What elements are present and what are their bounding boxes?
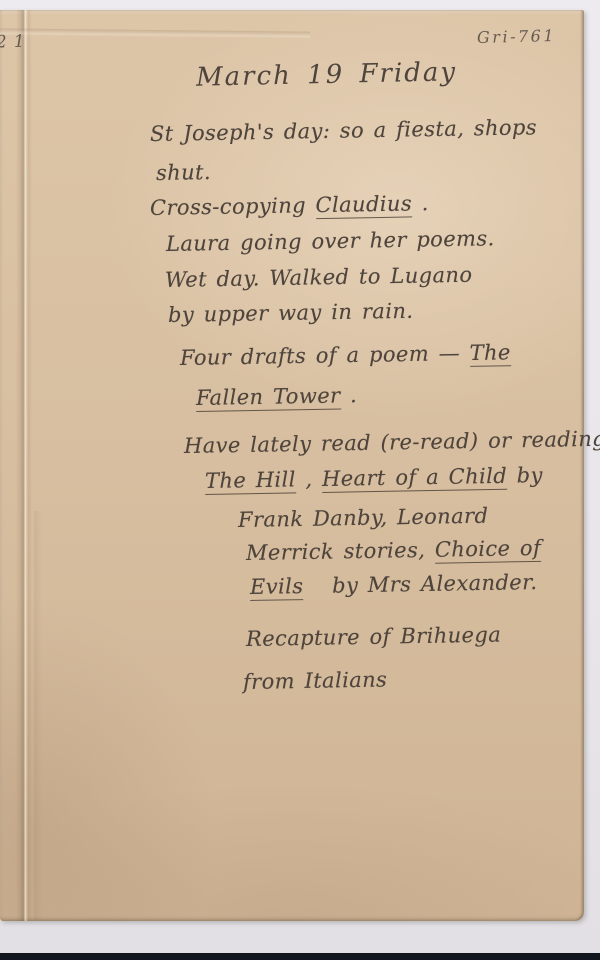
- diary-line: Merrick stories, Choice of: [246, 536, 542, 565]
- top-fold-mark: [0, 28, 310, 38]
- handwritten-text: Merrick stories,: [246, 538, 435, 565]
- diary-line: Recapture of Brihuega: [246, 623, 502, 652]
- handwritten-text: Wet day. Walked to Lugano: [165, 263, 473, 292]
- handwritten-text: St Joseph's day: so a fiesta, shops: [150, 115, 537, 146]
- underlined-title-text: Claudius: [315, 191, 412, 219]
- diary-page-paper: 21 Gri-761 March 19 Friday St Joseph's d…: [0, 10, 584, 921]
- handwritten-text: by: [507, 463, 543, 488]
- page-number-annotation: 21: [0, 31, 32, 52]
- underlined-title-text: Fallen Tower: [196, 383, 341, 412]
- diary-line: from Italians: [243, 667, 388, 694]
- diary-line: Laura going over her poems.: [166, 226, 495, 256]
- handwritten-text: .: [412, 191, 429, 215]
- diary-line: Wet day. Walked to Lugano: [165, 263, 473, 293]
- underlined-title-text: Heart of a Child: [322, 464, 508, 493]
- diary-line: Fallen Tower .: [196, 383, 358, 410]
- scan-edge-strip: [0, 953, 600, 960]
- handwritten-text: ,: [296, 467, 323, 491]
- handwritten-text: Four drafts of a poem —: [180, 341, 470, 370]
- diary-line: Cross-copying Claudius .: [150, 191, 429, 220]
- underlined-title-text: Evils: [250, 574, 304, 601]
- diary-line: Have lately read (re-read) or reading: [184, 427, 600, 459]
- handwritten-text: .: [340, 383, 357, 407]
- handwritten-text: Have lately read (re-read) or reading: [184, 427, 600, 458]
- handwritten-text: Cross-copying: [150, 193, 316, 220]
- handwritten-text: Laura going over her poems.: [166, 226, 495, 256]
- underlined-title-text: Choice of: [435, 536, 542, 564]
- underlined-title-text: The Hill: [205, 467, 296, 495]
- diary-line: shut.: [156, 160, 211, 185]
- diary-line: Evils by Mrs Alexander.: [250, 570, 538, 599]
- diary-date-heading: March 19 Friday: [196, 57, 458, 92]
- diary-line: Four drafts of a poem — The: [180, 340, 511, 370]
- handwritten-text: by upper way in rain.: [168, 299, 414, 327]
- diary-line: The Hill , Heart of a Child by: [205, 463, 543, 493]
- fold-crease-shadow: [34, 511, 42, 921]
- handwritten-text: Frank Danby, Leonard: [238, 504, 489, 532]
- diary-line: by upper way in rain.: [168, 299, 414, 327]
- handwritten-text: Recapture of Brihuega: [246, 623, 502, 651]
- vertical-fold-crease: [16, 10, 32, 921]
- diary-line: Frank Danby, Leonard: [238, 504, 489, 533]
- diary-line: St Joseph's day: so a fiesta, shops: [150, 115, 537, 146]
- handwritten-text: from Italians: [243, 667, 388, 694]
- handwritten-text: by Mrs Alexander.: [303, 570, 537, 598]
- catalog-code-annotation: Gri-761: [477, 26, 556, 47]
- handwritten-text: shut.: [156, 160, 211, 185]
- underlined-title-text: The: [469, 340, 511, 367]
